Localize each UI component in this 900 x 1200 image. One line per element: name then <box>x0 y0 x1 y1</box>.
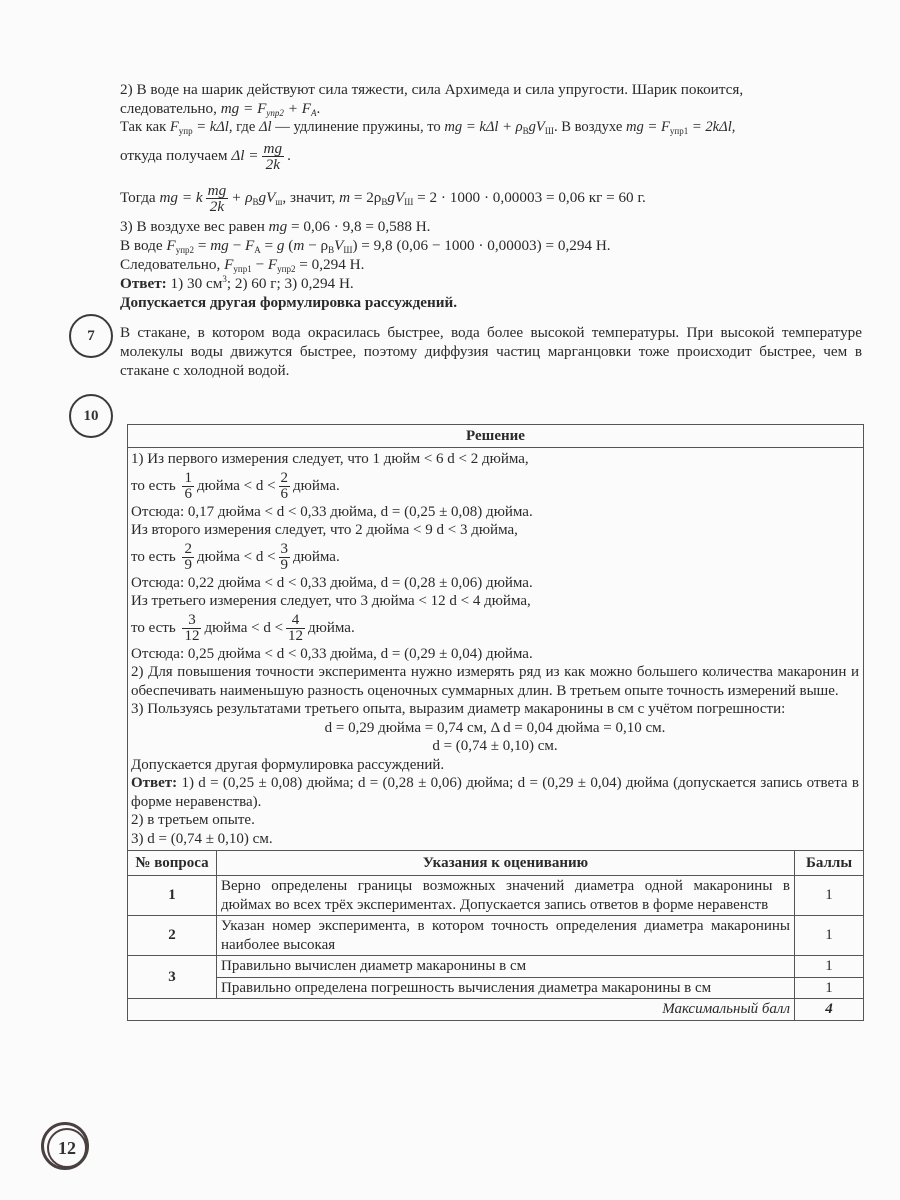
formula: mg = Fупр2 + FA <box>221 100 317 117</box>
text-line: Отсюда: 0,17 дюйма < d < 0,33 дюйма, d =… <box>131 503 859 522</box>
text-line: следовательно, mg = Fупр2 + FA. <box>120 99 862 118</box>
column-header: Баллы <box>795 851 864 876</box>
solution-body: 1) Из первого измерения следует, что 1 д… <box>128 448 863 850</box>
text-line: то есть 312дюйма < d <412дюйма. <box>131 611 859 645</box>
text-line: Следовательно, Fупр1 − Fупр2 = 0,294 Н. <box>120 255 862 274</box>
fraction: mg2k <box>206 183 229 214</box>
table-row: 1 Верно определены границы возможных зна… <box>128 876 863 916</box>
text-line: 2) В воде на шарик действуют сила тяжест… <box>120 80 862 99</box>
fraction: mg2k <box>262 141 285 172</box>
total-label: Максимальный балл <box>128 999 795 1020</box>
page-number-badge: 12 <box>41 1122 89 1170</box>
text: следовательно, <box>120 100 221 117</box>
text-line: Тогда mg = kmg2k+ ρВgVш, значит, m = 2ρВ… <box>120 179 862 217</box>
allowed-note: Допускается другая формулировка рассужде… <box>120 293 862 312</box>
question-cell: 3 <box>128 956 217 999</box>
points-cell: 1 <box>795 977 864 999</box>
points-cell: 1 <box>795 916 864 956</box>
total-value: 4 <box>795 999 864 1020</box>
formula-line: d = 0,29 дюйма = 0,74 см, Δ d = 0,04 дюй… <box>131 719 859 738</box>
column-header: № вопроса <box>128 851 217 876</box>
table-row: 2 Указан номер эксперимента, в котором т… <box>128 916 863 956</box>
total-row: Максимальный балл 4 <box>128 999 863 1020</box>
q7-answer-text: В стакане, в котором вода окрасилась быс… <box>120 323 862 380</box>
question-number-badge: 10 <box>69 394 113 438</box>
text-line: откуда получаем Δl =mg2k. <box>120 137 862 175</box>
answer-line: 2) в третьем опыте. <box>131 811 859 830</box>
criteria-cell: Правильно вычислен диаметр макаронины в … <box>217 956 795 978</box>
table-header-row: № вопроса Указания к оцениванию Баллы <box>128 851 863 876</box>
question-number-badge: 7 <box>69 314 113 358</box>
text-line: 1) Из первого измерения следует, что 1 д… <box>131 450 859 469</box>
criteria-cell: Правильно определена погрешность вычисле… <box>217 977 795 999</box>
text-line: Из второго измерения следует, что 2 дюйм… <box>131 521 859 540</box>
criteria-cell: Верно определены границы возможных значе… <box>217 876 795 916</box>
question-cell: 2 <box>128 916 217 956</box>
page-number: 12 <box>47 1128 87 1168</box>
answer-paragraph: Ответ: 1) d = (0,25 ± 0,08) дюйма; d = (… <box>131 774 859 811</box>
table-row: 3 Правильно вычислен диаметр макаронины … <box>128 956 863 978</box>
question-cell: 1 <box>128 876 217 916</box>
answer-line: 3) d = (0,74 ± 0,10) см. <box>131 830 859 849</box>
table-row: Правильно определена погрешность вычисле… <box>128 977 863 999</box>
points-cell: 1 <box>795 876 864 916</box>
allowed-note: Допускается другая формулировка рассужде… <box>131 756 859 775</box>
text-line: В воде Fупр2 = mg − FA = g (m − ρВVШ) = … <box>120 236 862 255</box>
text-line: Из третьего измерения следует, что 3 дюй… <box>131 592 859 611</box>
points-cell: 1 <box>795 956 864 978</box>
formula-line: d = (0,74 ± 0,10) см. <box>131 737 859 756</box>
text-line: Так как Fупр = kΔl, где Δl — удлинение п… <box>120 118 862 137</box>
text-line: Отсюда: 0,22 дюйма < d < 0,33 дюйма, d =… <box>131 574 859 593</box>
answer-line: Ответ: 1) 30 см3; 2) 60 г; 3) 0,294 Н. <box>120 274 862 293</box>
criteria-cell: Указан номер эксперимента, в котором точ… <box>217 916 795 956</box>
column-header: Указания к оцениванию <box>217 851 795 876</box>
previous-solution: 2) В воде на шарик действуют сила тяжест… <box>120 80 862 312</box>
text-paragraph: 3) Пользуясь результатами третьего опыта… <box>131 700 859 719</box>
solution-header: Решение <box>128 425 863 448</box>
text-paragraph: 2) Для повышения точности эксперимента н… <box>131 663 859 700</box>
document-page: 2) В воде на шарик действуют сила тяжест… <box>0 0 900 1200</box>
grading-table: № вопроса Указания к оцениванию Баллы 1 … <box>128 850 863 1020</box>
solution-box: Решение 1) Из первого измерения следует,… <box>127 424 864 1021</box>
text-line: 3) В воздухе вес равен mg = 0,06 · 9,8 =… <box>120 217 862 236</box>
text-line: то есть 16дюйма < d <26дюйма. <box>131 469 859 503</box>
text-line: то есть 29дюйма < d <39дюйма. <box>131 540 859 574</box>
text-line: Отсюда: 0,25 дюйма < d < 0,33 дюйма, d =… <box>131 645 859 664</box>
